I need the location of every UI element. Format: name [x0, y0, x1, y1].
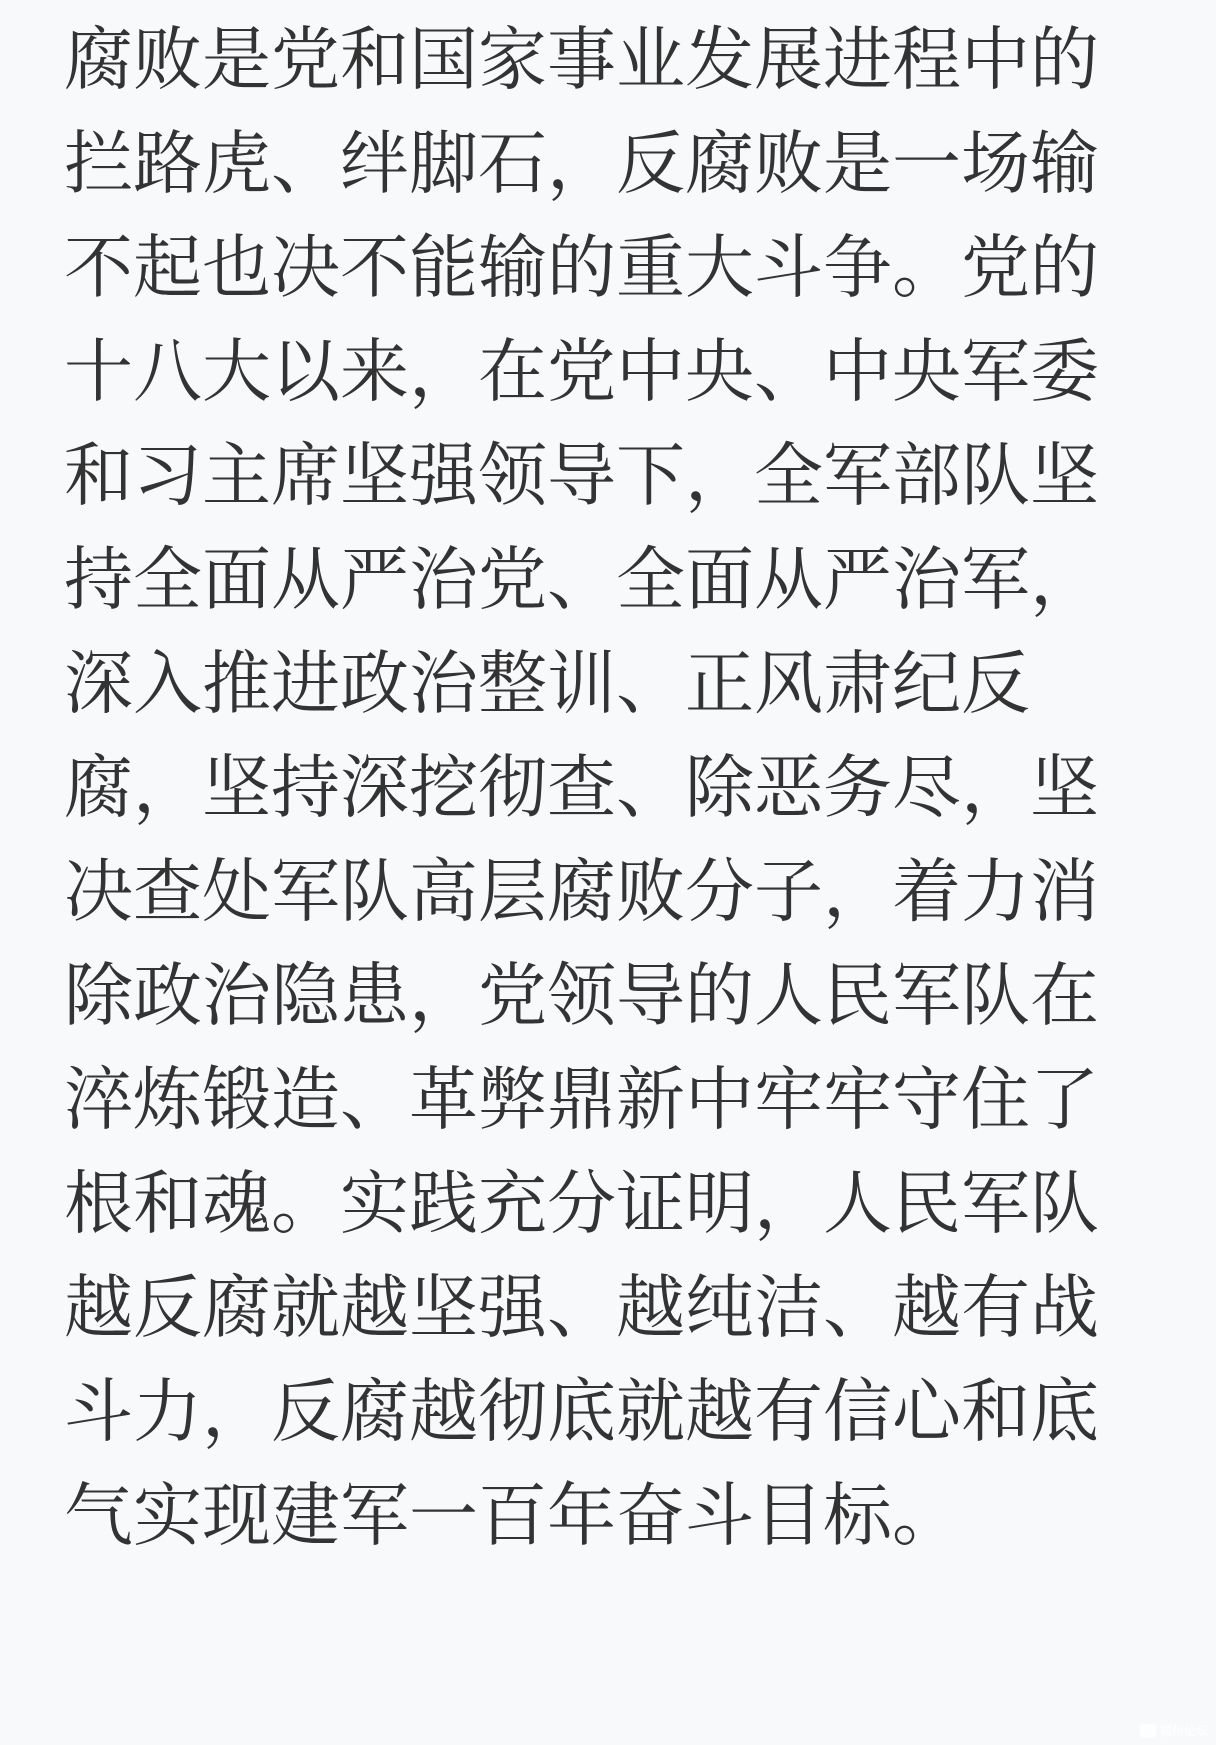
- watermark-text: 福州论坛: [1160, 1722, 1208, 1739]
- article-line: 腐，坚持深挖彻查、除恶务尽，坚: [64, 736, 1099, 840]
- article-line: 淬炼锻造、革弊鼎新中牢牢守住了: [64, 1048, 1099, 1152]
- article-line: 斗力，反腐越彻底就越有信心和底: [64, 1360, 1099, 1464]
- article-line: 腐败是党和国家事业发展进程中的: [64, 8, 1099, 112]
- article-line: 持全面从严治党、全面从严治军，: [64, 528, 1099, 632]
- article-line: 决查处军队高层腐败分子，着力消: [64, 840, 1099, 944]
- article-line: 越反腐就越坚强、越纯洁、越有战: [64, 1256, 1099, 1360]
- article-line: 拦路虎、绊脚石，反腐败是一场输: [64, 112, 1099, 216]
- article-line: 除政治隐患，党领导的人民军队在: [64, 944, 1099, 1048]
- article-line: 深入推进政治整训、正风肃纪反: [64, 632, 1030, 736]
- forum-logo-icon: [1140, 1724, 1156, 1738]
- article-line: 根和魂。实践充分证明，人民军队: [64, 1152, 1099, 1256]
- article-line: 和习主席坚强领导下，全军部队坚: [64, 424, 1099, 528]
- watermark: 福州论坛: [1140, 1722, 1208, 1739]
- article-line: 十八大以来，在党中央、中央军委: [64, 320, 1099, 424]
- article-line: 不起也决不能输的重大斗争。党的: [64, 216, 1099, 320]
- article-line: 气实现建军一百年奋斗目标。: [64, 1464, 961, 1568]
